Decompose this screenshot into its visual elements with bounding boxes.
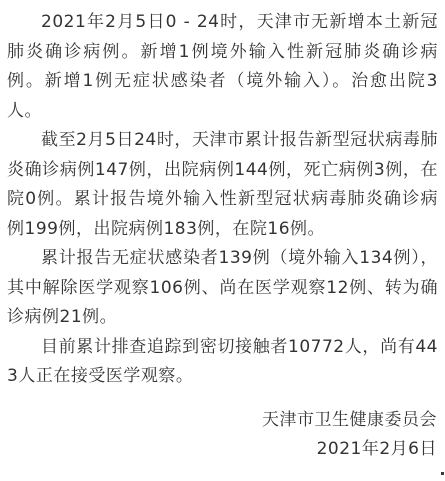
signature-block: 天津市卫生健康委员会 2021年2月6日 — [7, 406, 438, 465]
paragraph-daily-new-cases: 2021年2月5日0 - 24时，天津市无新增本土新冠肺炎确诊病例。新增1例境外… — [7, 8, 438, 126]
signature-date: 2021年2月6日 — [7, 435, 437, 465]
corner-artifact-dot — [441, 472, 444, 475]
paragraph-close-contacts: 目前累计排查追踪到密切接触者10772人，尚有443人正在接受医学观察。 — [7, 333, 438, 392]
signature-organization: 天津市卫生健康委员会 — [7, 406, 437, 436]
paragraph-asymptomatic-cases: 累计报告无症状感染者139例（境外输入134例），其中解除医学观察106例、尚在… — [7, 244, 438, 333]
paragraph-cumulative-confirmed: 截至2月5日24时，天津市累计报告新型冠状病毒肺炎确诊病例147例，出院病例14… — [7, 126, 438, 244]
announcement-document: 2021年2月5日0 - 24时，天津市无新增本土新冠肺炎确诊病例。新增1例境外… — [0, 0, 445, 465]
